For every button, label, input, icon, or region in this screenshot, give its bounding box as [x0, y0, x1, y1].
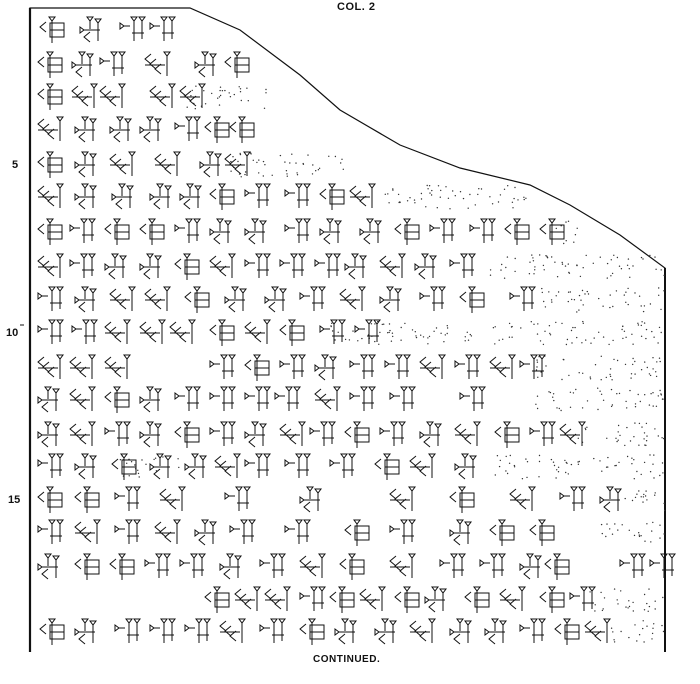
cuneiform-sign: [450, 520, 471, 545]
cuneiform-sign: [150, 17, 175, 41]
text-line-7: [38, 219, 578, 245]
cuneiform-sign: [140, 117, 161, 142]
damaged-area: [536, 355, 661, 380]
cuneiform-sign: [315, 387, 340, 411]
cuneiform-sign: [510, 487, 535, 511]
cuneiform-sign: [300, 619, 324, 645]
text-line-14: [38, 454, 664, 480]
cuneiform-sign: [320, 320, 345, 344]
cuneiform-sign: [350, 184, 375, 208]
cuneiform-sign: [360, 219, 381, 244]
cuneiform-sign: [225, 487, 250, 511]
cuneiform-sign: [160, 487, 185, 511]
cuneiform-sign: [285, 219, 310, 243]
cuneiform-sign: [150, 454, 171, 479]
text-line-4: [38, 117, 254, 143]
cuneiform-sign: [520, 619, 545, 643]
text-line-3: [38, 84, 267, 110]
cuneiform-sign: [70, 219, 95, 243]
cuneiform-sign: [540, 219, 564, 245]
cuneiform-sign: [38, 184, 63, 208]
cuneiform-sign: [110, 554, 134, 580]
cuneiform-sign: [425, 587, 446, 612]
cuneiform-sign: [385, 355, 410, 379]
cuneiform-sign: [38, 320, 63, 344]
cuneiform-sign: [245, 422, 266, 447]
cuneiform-sign: [375, 454, 399, 480]
cuneiform-sign: [195, 52, 216, 77]
cuneiform-sign: [38, 554, 59, 579]
cuneiform-sign: [80, 17, 101, 42]
cuneiform-sign: [40, 17, 64, 43]
cuneiform-sign: [140, 320, 165, 344]
cuneiform-sign: [38, 287, 63, 311]
cuneiform-sign: [210, 355, 235, 379]
cuneiform-sign: [185, 287, 209, 313]
cuneiform-sign: [180, 554, 205, 578]
cuneiform-sign: [145, 554, 170, 578]
cuneiform-sign: [145, 52, 170, 76]
cuneiform-sign: [75, 454, 96, 479]
cuneiform-sign: [70, 387, 95, 411]
cuneiform-sign: [390, 520, 415, 544]
cuneiform-sign: [390, 387, 415, 411]
cuneiform-sign: [495, 422, 519, 448]
cuneiform-sign: [40, 619, 64, 645]
cuneiform-sign: [530, 520, 554, 546]
cuneiform-sign: [420, 287, 445, 311]
cuneiform-sign: [75, 487, 99, 513]
cuneiform-sign: [150, 184, 171, 209]
text-line-5: [38, 152, 344, 178]
cuneiform-sign: [285, 184, 310, 208]
cuneiform-sign: [112, 454, 136, 480]
cuneiform-sign: [180, 84, 205, 108]
cuneiform-sign: [100, 84, 125, 108]
cuneiform-sign: [315, 254, 340, 278]
cuneiform-sign: [170, 320, 195, 344]
cuneiform-sign: [105, 387, 129, 413]
text-line-2: [38, 52, 249, 78]
cuneiform-sign: [38, 84, 62, 110]
text-line-11: [38, 355, 661, 381]
cuneiform-sign: [455, 355, 480, 379]
cuneiform-sign: [245, 254, 270, 278]
cuneiform-sign: [310, 422, 335, 446]
cuneiform-sign: [115, 520, 140, 544]
cuneiform-sign: [375, 619, 396, 644]
cuneiform-sign: [70, 422, 95, 446]
cuneiform-sign: [410, 454, 435, 478]
cuneiform-sign: [490, 355, 515, 379]
cuneiform-sign: [555, 619, 579, 645]
cuneiform-sign: [360, 587, 385, 611]
damaged-area: [330, 321, 662, 345]
cuneiform-sign: [175, 422, 199, 448]
cuneiform-sign: [38, 454, 63, 478]
text-line-12: [38, 387, 664, 413]
cuneiform-sign: [275, 387, 300, 411]
cuneiform-sign: [245, 355, 269, 381]
cuneiform-sign: [225, 152, 250, 176]
cuneiform-sign: [72, 52, 93, 77]
cuneiform-sign: [110, 287, 135, 311]
line-number-10: 10: [6, 327, 18, 339]
text-line-15: [38, 487, 665, 513]
cuneiform-sign: [350, 387, 375, 411]
cuneiform-sign: [285, 520, 310, 544]
cuneiform-sign: [300, 554, 325, 578]
cuneiform-sign: [75, 184, 96, 209]
cuneiform-sign: [335, 619, 356, 644]
cuneiform-sign: [340, 287, 365, 311]
cuneiform-sign: [70, 254, 95, 278]
cuneiform-sign: [245, 454, 270, 478]
cuneiform-sign: [140, 254, 161, 279]
cuneiform-sign: [455, 422, 480, 446]
cuneiform-sign: [38, 52, 62, 78]
cuneiform-sign: [260, 554, 285, 578]
cuneiform-sign: [560, 422, 585, 446]
cuneiform-sign: [395, 587, 419, 613]
cuneiform-sign: [175, 219, 200, 243]
cuneiform-sign: [225, 287, 246, 312]
cuneiform-sign: [185, 619, 210, 643]
cuneiform-sign: [105, 219, 129, 245]
cuneiform-sign: [510, 287, 535, 311]
cuneiform-sign: [570, 587, 595, 611]
cuneiform-sign: [245, 387, 270, 411]
cuneiform-sign: [110, 152, 135, 176]
cuneiform-sign: [450, 619, 471, 644]
cuneiform-sign: [230, 520, 255, 544]
cuneiform-sign: [75, 554, 99, 580]
text-line-6: [38, 184, 527, 210]
cuneiform-sign: [75, 152, 96, 177]
cuneiform-sign: [455, 454, 476, 479]
cuneiform-sign: [620, 554, 645, 578]
cuneiform-sign: [210, 320, 234, 346]
cuneiform-sign: [280, 254, 305, 278]
cuneiform-sign: [185, 454, 206, 479]
cuneiform-sign: [380, 254, 405, 278]
cuneiform-sign: [540, 587, 564, 613]
cuneiform-sign: [520, 554, 541, 579]
cuneiform-sign: [100, 52, 125, 76]
cuneiform-sign: [115, 487, 140, 511]
cuneiform-sign: [315, 355, 336, 380]
cuneiform-sign: [260, 619, 285, 643]
cuneiform-sign: [345, 520, 369, 546]
cuneiform-sign: [415, 254, 436, 279]
cuneiform-sign: [245, 219, 266, 244]
cuneiform-sign: [150, 619, 175, 643]
cuneiform-sign: [38, 355, 63, 379]
cuneiform-sign: [450, 487, 474, 513]
cuneiform-sign: [38, 117, 63, 141]
cuneiform-sign: [345, 254, 366, 279]
cuneiform-sign: [420, 422, 441, 447]
cuneiform-sign: [330, 587, 354, 613]
cuneiform-sign: [150, 84, 175, 108]
cuneiform-sign: [300, 287, 325, 311]
damaged-area: [625, 490, 666, 511]
cuneiform-sign: [600, 487, 621, 512]
cuneiform-sign: [175, 254, 199, 280]
cuneiform-sign: [140, 219, 164, 245]
line-number-15: 15: [8, 494, 20, 506]
tablet-drawing: [0, 0, 700, 684]
cuneiform-sign: [265, 587, 290, 611]
cuneiform-sign: [140, 422, 161, 447]
cuneiform-sign: [75, 287, 96, 312]
cuneiform-sign: [450, 254, 475, 278]
text-line-1: [40, 17, 175, 43]
cuneiform-sign: [140, 387, 161, 412]
cuneiform-sign: [105, 422, 130, 446]
cuneiform-sign: [200, 152, 221, 177]
cuneiform-sign: [265, 287, 286, 312]
damaged-area: [535, 388, 664, 412]
cuneiform-sign: [320, 184, 344, 210]
cuneiform-sign: [350, 355, 375, 379]
cuneiform-sign: [230, 117, 254, 143]
cuneiform-sign: [470, 219, 495, 243]
cuneiform-sign: [72, 320, 97, 344]
text-line-13: [38, 422, 664, 448]
cuneiform-sign: [145, 287, 170, 311]
cuneiform-sign: [520, 355, 545, 379]
cuneiform-sign: [280, 355, 305, 379]
cuneiform-sign: [280, 422, 305, 446]
cuneiform-sign: [340, 554, 364, 580]
text-line-16: [38, 520, 665, 546]
continued-footer: Continued.: [313, 654, 380, 665]
cuneiform-sign: [395, 219, 419, 245]
cuneiform-sign: [75, 619, 96, 644]
cuneiform-sign: [210, 184, 234, 210]
cuneiform-sign: [460, 287, 484, 313]
cuneiform-sign: [75, 117, 96, 142]
cuneiform-sign: [215, 454, 240, 478]
cuneiform-sign: [585, 619, 610, 643]
cuneiform-sign: [410, 619, 435, 643]
text-line-10: [38, 320, 662, 346]
cuneiform-sign: [38, 254, 63, 278]
cuneiform-sign: [112, 184, 133, 209]
cuneiform-sign: [280, 320, 304, 346]
cuneiform-sign: [320, 219, 341, 244]
cuneiform-sign: [545, 554, 569, 580]
cuneiform-sign: [420, 355, 445, 379]
cuneiform-sign: [465, 587, 489, 613]
cuneiform-sign: [70, 355, 95, 379]
line-number-5: 5: [12, 159, 18, 171]
cuneiform-sign: [175, 117, 200, 141]
cuneiform-sign: [560, 487, 585, 511]
damaged-area: [495, 454, 664, 479]
cuneiform-sign: [38, 422, 59, 447]
damaged-area: [490, 254, 665, 279]
cuneiform-sign: [105, 355, 130, 379]
cuneiform-sign: [38, 219, 62, 245]
cuneiform-sign: [38, 387, 59, 412]
text-line-18: [205, 587, 664, 613]
cuneiform-sign: [38, 520, 63, 544]
cuneiform-sign: [180, 184, 201, 209]
cuneiform-sign: [440, 554, 465, 578]
cuneiform-sign: [38, 152, 62, 178]
cuneiform-sign: [105, 320, 130, 344]
cuneiform-sign: [300, 587, 325, 611]
cuneiform-sign: [490, 520, 514, 546]
damaged-area: [385, 185, 527, 210]
cuneiform-sign: [505, 219, 529, 245]
cuneiform-sign: [220, 554, 241, 579]
cuneiform-sign: [300, 487, 321, 512]
damaged-area: [601, 522, 665, 543]
cuneiform-sign: [120, 17, 145, 41]
cuneiform-sign: [210, 387, 235, 411]
cuneiform-sign: [390, 554, 415, 578]
cuneiform-sign: [485, 619, 506, 644]
text-line-19: [40, 619, 664, 645]
cuneiform-sign: [225, 52, 249, 78]
text-line-17: [38, 554, 675, 580]
damaged-area: [589, 588, 663, 612]
cuneiform-sign: [285, 454, 310, 478]
cuneiform-sign: [210, 219, 231, 244]
damaged-area: [611, 620, 664, 643]
cuneiform-sign: [210, 254, 235, 278]
cuneiform-sign: [155, 520, 180, 544]
cuneiform-sign: [38, 487, 62, 513]
cuneiform-sign: [72, 84, 97, 108]
damaged-area: [541, 287, 665, 312]
cuneiform-sign: [110, 117, 131, 142]
cuneiform-sign: [235, 587, 260, 611]
text-line-8: [38, 254, 665, 280]
cuneiform-sign: [345, 422, 369, 448]
cuneiform-sign: [500, 587, 525, 611]
cuneiform-sign: [330, 454, 355, 478]
cuneiform-sign: [380, 422, 405, 446]
tablet-outline: [30, 8, 665, 652]
text-line-9: [38, 287, 665, 313]
cuneiform-sign: [175, 387, 200, 411]
cuneiform-sign: [430, 219, 455, 243]
cuneiform-sign: [205, 587, 229, 613]
cuneiform-sign: [245, 320, 270, 344]
cuneiform-sign: [530, 422, 555, 446]
cuneiform-sign: [115, 619, 140, 643]
damaged-area: [578, 422, 665, 446]
cuneiform-sign: [195, 520, 216, 545]
cuneiform-sign: [220, 619, 245, 643]
cuneiform-sign: [205, 117, 229, 143]
cuneiform-sign: [355, 320, 380, 344]
cuneiform-sign: [480, 554, 505, 578]
cuneiform-sign: [155, 152, 180, 176]
cuneiform-sign: [650, 554, 675, 578]
cuneiform-sign: [380, 287, 401, 312]
cuneiform-sign: [460, 387, 485, 411]
cuneiform-sign: [105, 254, 126, 279]
cuneiform-sign: [210, 422, 235, 446]
cuneiform-sign: [390, 487, 415, 511]
cuneiform-sign: [245, 184, 270, 208]
cuneiform-sign: [75, 520, 100, 544]
